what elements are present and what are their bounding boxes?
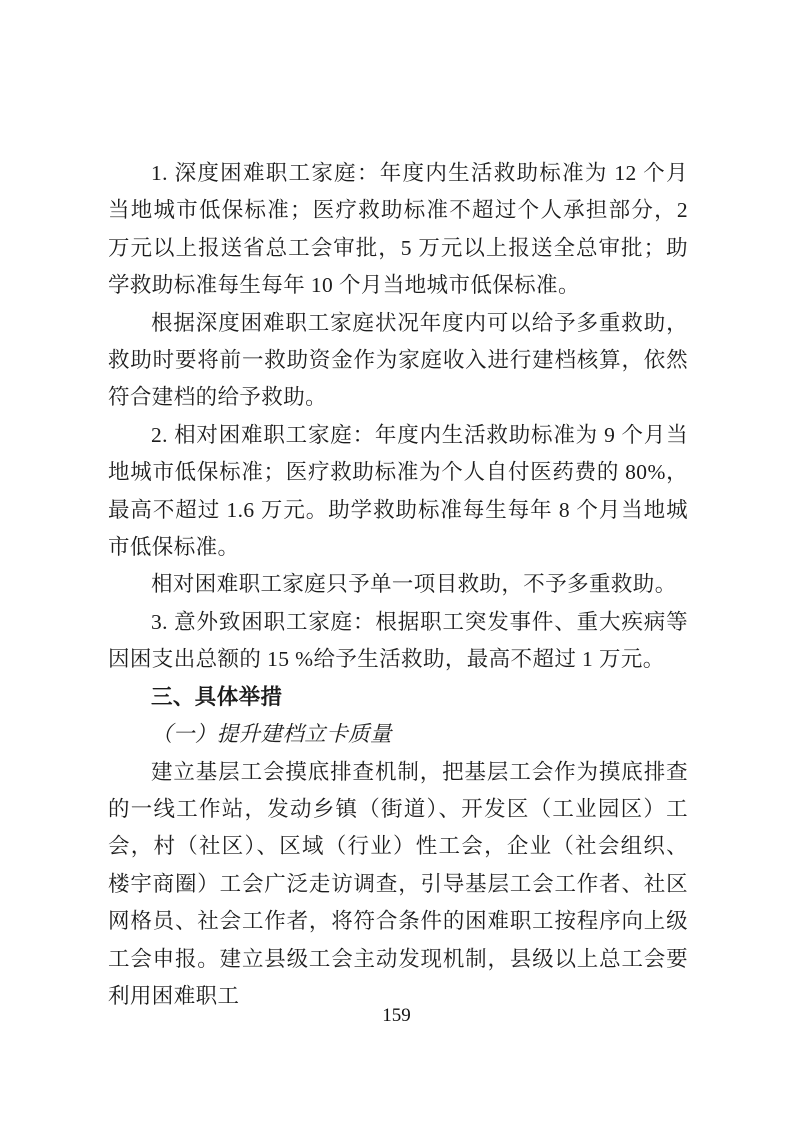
paragraph-deep-difficulty-standards: 1. 深度困难职工家庭：年度内生活救助标准为 12 个月当地城市低保标准；医疗救… bbox=[108, 155, 688, 305]
page-number: 159 bbox=[0, 1004, 793, 1028]
paragraph-multiple-relief-rule: 根据深度困难职工家庭状况年度内可以给予多重救助，救助时要将前一救助资金作为家庭收… bbox=[108, 305, 688, 417]
paragraph-grassroots-survey-mechanism: 建立基层工会摸底排查机制，把基层工会作为摸底排查的一线工作站，发动乡镇（街道）、… bbox=[108, 754, 688, 1016]
section-heading-specific-measures: 三、具体举措 bbox=[108, 679, 688, 716]
document-page: 1. 深度困难职工家庭：年度内生活救助标准为 12 个月当地城市低保标准；医疗救… bbox=[0, 0, 793, 1122]
paragraph-accident-difficulty-standards: 3. 意外致困职工家庭：根据职工突发事件、重大疾病等因困支出总额的 15 %给予… bbox=[108, 604, 688, 679]
paragraph-relative-difficulty-standards: 2. 相对困难职工家庭：年度内生活救助标准为 9 个月当地城市低保标准；医疗救助… bbox=[108, 417, 688, 567]
paragraph-single-item-relief-rule: 相对困难职工家庭只予单一项目救助，不予多重救助。 bbox=[108, 566, 688, 603]
subsection-heading-filing-quality: （一）提升建档立卡质量 bbox=[108, 716, 688, 753]
page-content: 1. 深度困难职工家庭：年度内生活救助标准为 12 个月当地城市低保标准；医疗救… bbox=[108, 155, 688, 1015]
